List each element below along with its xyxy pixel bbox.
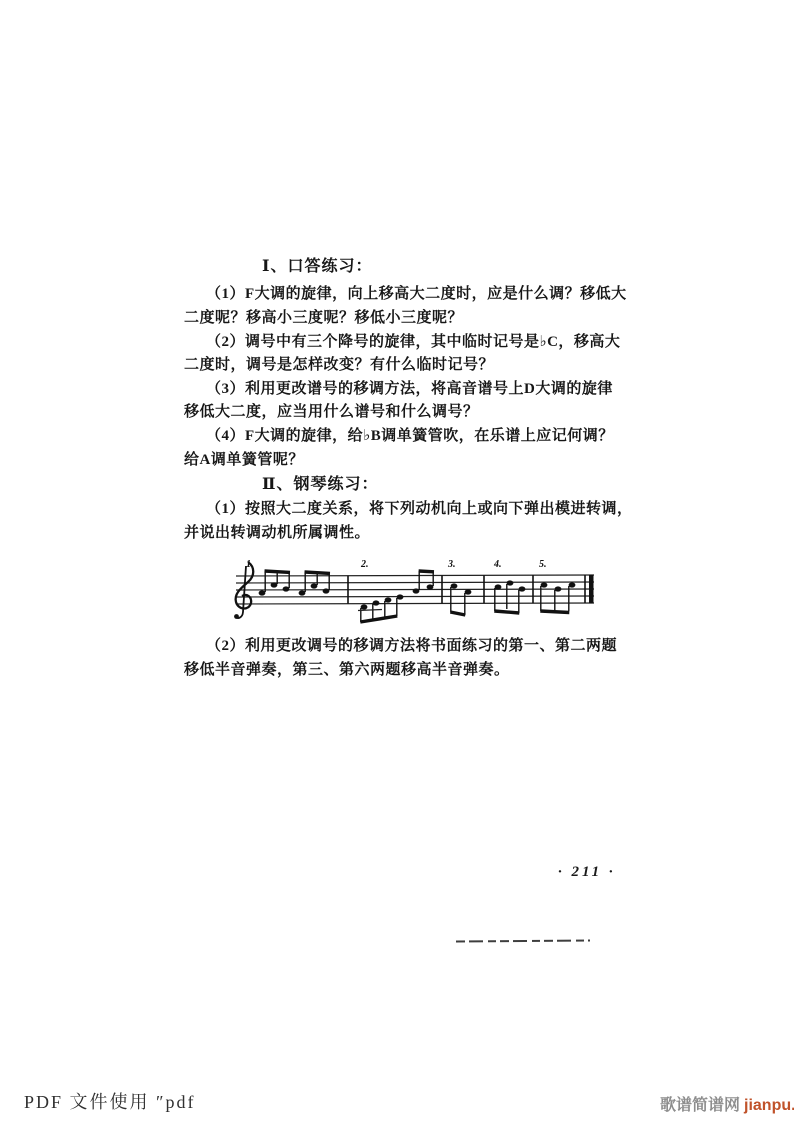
site-name: 歌谱简谱网 — [660, 1097, 740, 1114]
site-watermark: 歌谱简谱网jianpu.cn — [660, 1092, 794, 1115]
scanned-book-page: Ⅰ、口答练习： （1）F大调的旋律，向上移高大二度时，应是什么调？移低大 二度呢… — [0, 0, 794, 1122]
piano-q1-line1: （1）按照大二度关系，将下列动机向上或向下弹出模进转调， — [206, 497, 633, 518]
pdf-watermark-text: PDF 文件使用 ″pdf — [24, 1088, 196, 1114]
oral-q4-line2: 给A调单簧管呢？ — [184, 448, 304, 469]
final-barline-thick — [589, 575, 594, 603]
motif-label-3: 3. — [447, 559, 456, 570]
oral-q3-line1: （3）利用更改谱号的移调方法，将高音谱号上D大调的旋律 — [206, 377, 613, 398]
piano-q2-line1: （2）利用更改调号的移调方法将书面练习的第一、第二两题 — [206, 634, 617, 655]
piano-q2-line2: 移低半音弹奏，第三、第六两题移高半音弹奏。 — [184, 658, 510, 679]
section-heading-piano-exercises: Ⅱ、钢琴练习： — [262, 471, 379, 494]
music-staff-figure: 1. 2. 3. 4. 5. — [222, 556, 600, 630]
oral-q2-line2: 二度时，调号是怎样改变？有什么临时记号？ — [184, 353, 494, 374]
oral-q2-line1: （2）调号中有三个降号的旋律，其中临时记号是♭C，移高大 — [206, 330, 620, 351]
oral-q3-line2: 移低大二度，应当用什么谱号和什么调号？ — [184, 400, 479, 421]
section-heading-oral-exercises: Ⅰ、口答练习： — [262, 253, 373, 276]
oral-q1-line2: 二度呢？移高小三度呢？移低小三度呢？ — [184, 306, 463, 327]
oral-q1-line1: （1）F大调的旋律，向上移高大二度时，应是什么调？移低大 — [206, 282, 627, 303]
note-group-motif3 — [450, 583, 471, 615]
motif-label-2: 2. — [360, 559, 369, 570]
piano-q1-line2: 并说出转调动机所属调性。 — [184, 521, 370, 542]
scan-smudge-line — [456, 940, 590, 943]
site-link: jianpu.cn — [744, 1097, 794, 1114]
motif-label-1: 1. — [246, 559, 254, 570]
page-number: · 211 · — [558, 864, 616, 881]
motif-label-5: 5. — [539, 559, 547, 570]
motif-label-4: 4. — [493, 559, 502, 570]
oral-q4-line1: （4）F大调的旋律，给♭B调单簧管吹，在乐谱上应记何调？ — [206, 424, 614, 445]
note-group-motif5 — [540, 582, 575, 613]
music-staff-svg: 1. 2. 3. 4. 5. — [222, 556, 600, 630]
